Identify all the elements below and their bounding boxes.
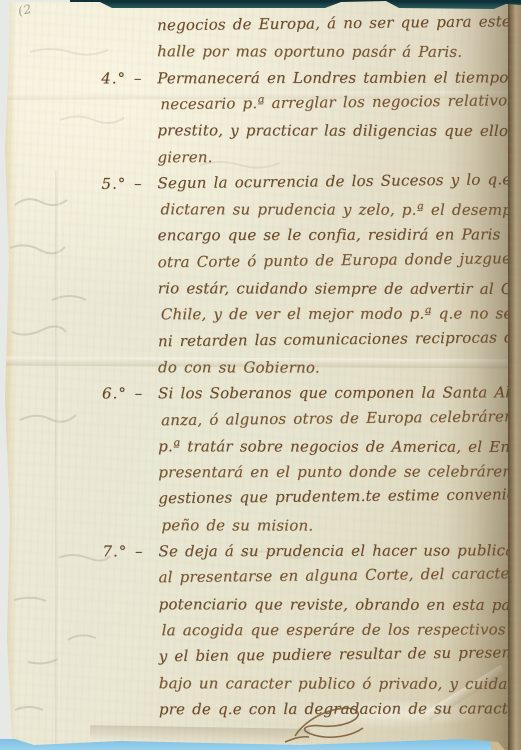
manuscript-line: prestito, y practicar las diligencias qu… [157,120,521,143]
line-text: Permanecerá en Londres tambien el tiempo [157,68,508,87]
manuscript-line: anza, ó algunos otros de Europa celebrár… [161,406,521,433]
manuscript-text: negocios de Europa, á no ser que para es… [0,0,521,750]
item-number [105,410,159,411]
line-text: peño de su mision. [161,516,313,534]
manuscript-line: potenciario que reviste, obrando en esta… [159,594,521,617]
manuscript-line: presentará en el punto donde se celebrár… [158,461,521,484]
line-text: encargo que se le confia, residirá en Pa… [158,225,521,244]
item-number: 5.° – [101,173,155,194]
manuscript-line: encargo que se le confia, residirá en Pa… [158,224,521,247]
manuscript-line: do con su Gobierno. [158,357,320,379]
line-text: presentará en el punto donde se celebrár… [158,462,521,481]
item-number: 4.° – [101,68,155,88]
item-number [102,331,156,332]
item-number [104,94,158,95]
line-text: Chile, y de ver el mejor modo p.ª q.e no… [161,304,521,323]
manuscript-line: peño de su mision. [161,515,313,537]
item-number [102,488,156,489]
line-text: otra Corte ó punto de Europa donde juzgu… [158,249,521,272]
manuscript-line: la acogida que esperáre de los respectiv… [162,619,521,642]
item-number [101,15,155,16]
item-number [102,567,156,568]
line-text: gestiones que prudentem.te estime conven… [158,484,521,507]
line-text: Si los Soberanos que componen la Santa A… [158,383,515,402]
line-text: p.ª tratár sobre negocios de America, el… [158,437,521,456]
item-number [103,646,157,647]
line-text: do con su Gobierno. [158,358,320,376]
manuscript-line: bajo un caracter publico ó privado, y cu… [159,673,521,696]
manuscript-line: 4.° –Permanecerá en Londres tambien el t… [157,67,508,90]
page-stack-edge [508,0,521,750]
manuscript-line: rio estár, cuidando siempre de advertir … [158,278,521,301]
manuscript-line: negocios de Europa, á no ser que para es… [157,11,521,37]
line-text: negocios de Europa, á no ser que para es… [157,12,521,34]
scanned-manuscript-view: (2 negocios de Europa, á no ser que para… [0,0,521,750]
line-text: la acogida que esperáre de los respectiv… [162,620,521,639]
manuscript-line: otra Corte ó punto de Europa donde juzgu… [158,248,521,275]
line-text: rio estár, cuidando siempre de advertir … [158,279,521,298]
manuscript-line: Chile, y de ver el mejor modo p.ª q.e no… [161,303,521,326]
line-text: Se deja á su prudencia el hacer uso publ… [158,541,521,560]
line-text: halle por mas oportuno pasár á Paris. [157,42,462,61]
manuscript-line: gieren. [157,147,212,169]
manuscript-line: 5.° –Segun la ocurrencia de los Sucesos … [157,169,511,195]
line-text: al presentarse en alguna Corte, del cara… [158,563,521,586]
manuscript-line: al presentarse en alguna Corte, del cara… [158,562,521,589]
line-text: gieren. [157,148,212,166]
line-text: anza, ó algunos otros de Europa celebrár… [161,407,521,430]
line-text: dictaren su prudencia y zelo, p.ª el des… [161,200,521,219]
item-number: 6.° – [102,383,156,403]
manuscript-line: dictaren su prudencia y zelo, p.ª el des… [161,199,521,222]
line-text: necesario p.ª arreglar los negocios rela… [160,91,521,113]
manuscript-line: necesario p.ª arreglar los negocios rela… [160,90,521,116]
manuscript-line: 6.° –Si los Soberanos que componen la Sa… [158,382,515,405]
item-number [102,252,156,253]
line-text: potenciario que reviste, obrando en esta… [159,595,521,614]
scanner-bed-top-edge [70,0,521,9]
manuscript-line: 7.° –Se deja á su prudencia el hacer uso… [158,540,521,563]
line-text: y el bien que pudiere resultar de su pre… [159,643,521,666]
manuscript-line: ni retarden las comunicaciones reciproca… [158,326,521,353]
manuscript-line: pre de q.e con la degradacion de su cara… [159,698,521,721]
manuscript-line: p.ª tratár sobre negocios de America, el… [158,436,521,459]
manuscript-line: y el bien que pudiere resultar de su pre… [159,642,521,669]
line-text: pre de q.e con la degradacion de su cara… [159,699,521,718]
manuscript-line: halle por mas oportuno pasár á Paris. [157,41,462,64]
manuscript-line: gestiones que prudentem.te estime conven… [158,483,521,510]
item-number: 7.° – [102,541,156,561]
line-text: Segun la ocurrencia de los Sucesos y lo … [157,170,511,192]
line-text: prestito, y practicar las diligencias qu… [157,121,521,140]
line-text: ni retarden las comunicaciones reciproca… [158,327,521,350]
line-text: bajo un caracter publico ó privado, y cu… [159,674,521,693]
manuscript-page: (2 negocios de Europa, á no ser que para… [0,0,521,750]
